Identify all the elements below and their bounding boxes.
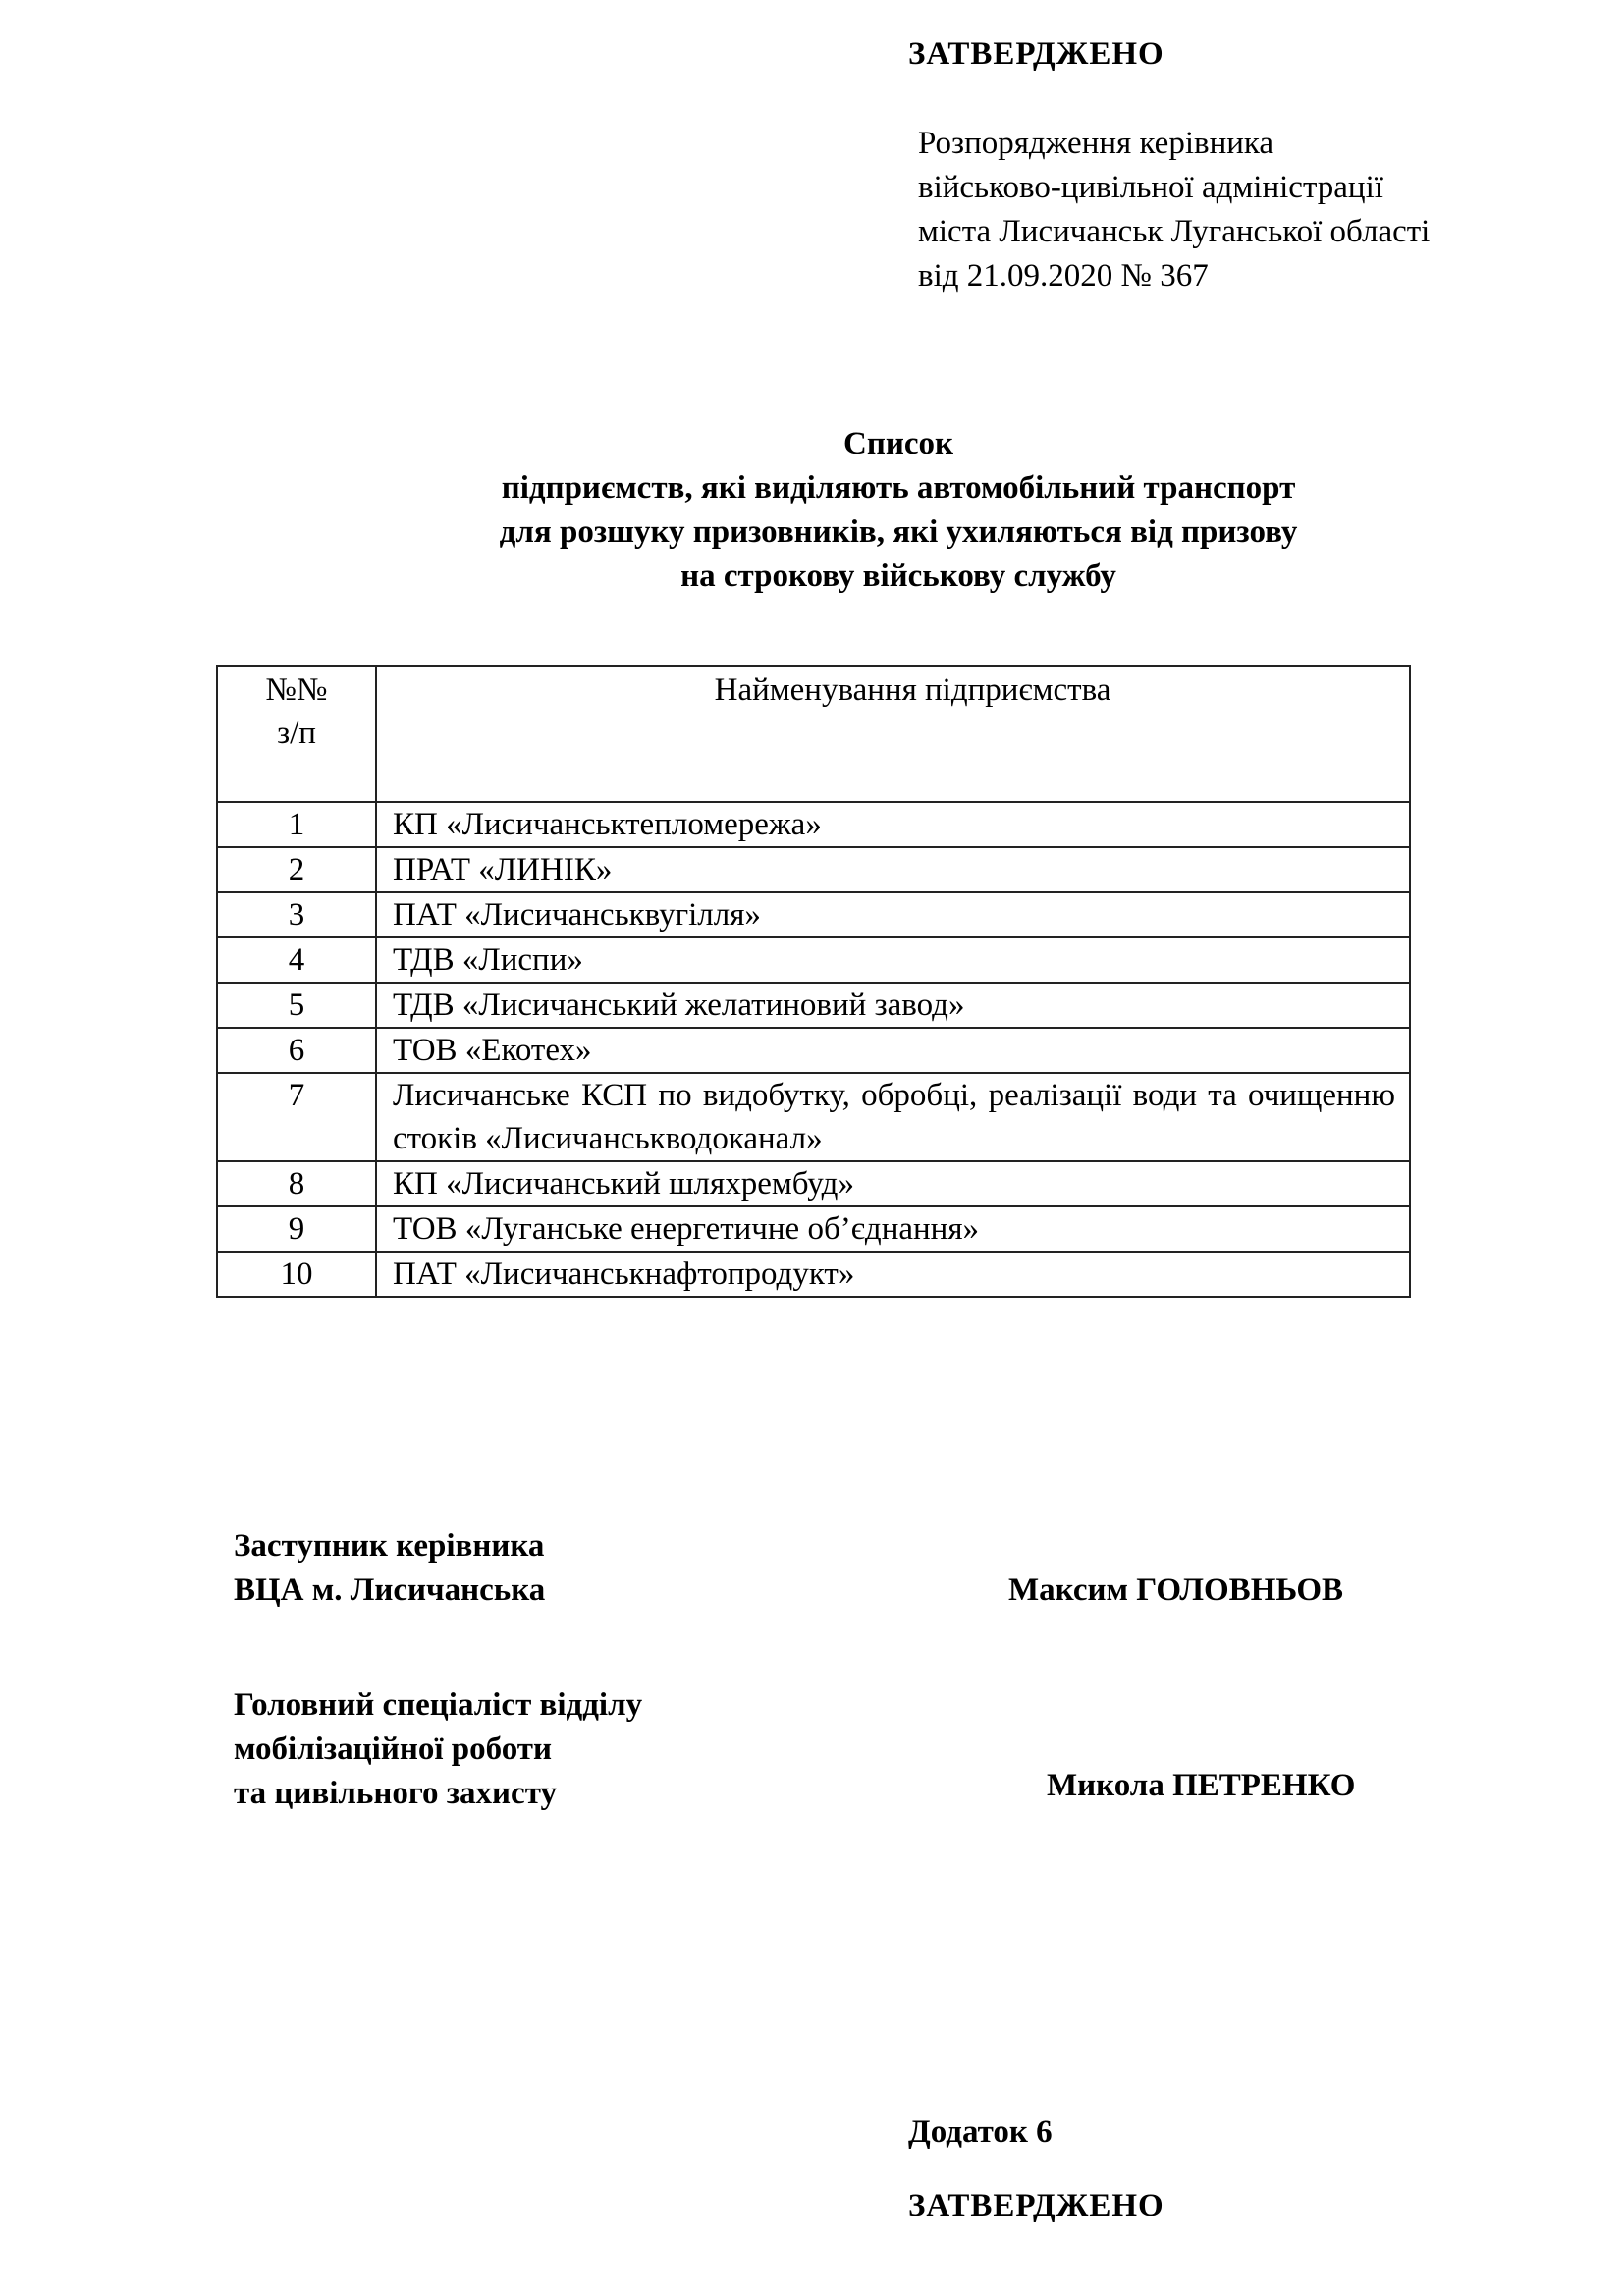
table-body: 1КП «Лисичанськтепломережа»2ПРАТ «ЛИНІК»… <box>217 802 1410 1297</box>
row-number: 1 <box>217 802 376 847</box>
table-header-row: №№ з/п Найменування підприємства <box>217 666 1410 802</box>
row-number: 7 <box>217 1073 376 1161</box>
signatory-position-line: та цивільного захисту <box>234 1772 642 1816</box>
row-number: 8 <box>217 1161 376 1206</box>
row-number: 6 <box>217 1028 376 1073</box>
table-row: 9ТОВ «Луганське енергетичне об’єднання» <box>217 1206 1410 1252</box>
enterprise-name: ПАТ «Лисичанськвугілля» <box>376 892 1410 937</box>
signatory-position-deputy-head: Заступник керівника ВЦА м. Лисичанська <box>234 1524 545 1613</box>
row-number: 9 <box>217 1206 376 1252</box>
document-title-line: підприємств, які виділяють автомобільний… <box>295 466 1502 510</box>
signatory-name-chief-specialist: Микола ПЕТРЕНКО <box>1047 1764 1355 1808</box>
table-row: 5ТДВ «Лисичанський желатиновий завод» <box>217 983 1410 1028</box>
table-row: 8КП «Лисичанський шляхрембуд» <box>217 1161 1410 1206</box>
column-header-name: Найменування підприємства <box>376 666 1410 802</box>
document-title-heading: Список <box>295 422 1502 466</box>
enterprise-name: КП «Лисичанськтепломережа» <box>376 802 1410 847</box>
column-header-number: №№ з/п <box>217 666 376 802</box>
approval-line: Розпорядження керівника <box>918 122 1430 166</box>
table-row: 1КП «Лисичанськтепломережа» <box>217 802 1410 847</box>
table-row: 10ПАТ «Лисичанськнафтопродукт» <box>217 1252 1410 1297</box>
document-title-line: на строкову військову службу <box>295 555 1502 599</box>
approval-line: міста Лисичанськ Луганської області <box>918 210 1430 254</box>
approval-stamp-title-next: ЗАТВЕРДЖЕНО <box>908 2184 1164 2227</box>
table-row: 6ТОВ «Екотех» <box>217 1028 1410 1073</box>
approval-date-number: від 21.09.2020 № 367 <box>918 254 1430 298</box>
enterprise-name: ТДВ «Лиспи» <box>376 937 1410 983</box>
approval-stamp-title: ЗАТВЕРДЖЕНО <box>908 32 1164 76</box>
document-title: Список підприємств, які виділяють автомо… <box>295 422 1502 599</box>
row-number: 5 <box>217 983 376 1028</box>
signatory-position-chief-specialist: Головний спеціаліст відділу мобілізаційн… <box>234 1683 642 1816</box>
table-row: 3ПАТ «Лисичанськвугілля» <box>217 892 1410 937</box>
table-row: 2ПРАТ «ЛИНІК» <box>217 847 1410 892</box>
column-header-number-line1: №№ <box>218 668 375 712</box>
enterprise-name: ТОВ «Луганське енергетичне об’єднання» <box>376 1206 1410 1252</box>
enterprise-name: ТДВ «Лисичанський желатиновий завод» <box>376 983 1410 1028</box>
approval-line: військово-цивільної адміністрації <box>918 166 1430 210</box>
signatory-name-deputy-head: Максим ГОЛОВНЬОВ <box>1008 1569 1343 1613</box>
row-number: 3 <box>217 892 376 937</box>
enterprise-name: КП «Лисичанський шляхрембуд» <box>376 1161 1410 1206</box>
enterprise-name: Лисичанське КСП по видобутку, обробці, р… <box>376 1073 1410 1161</box>
enterprises-table: №№ з/п Найменування підприємства 1КП «Ли… <box>216 665 1411 1298</box>
row-number: 2 <box>217 847 376 892</box>
signatory-position-line: мобілізаційної роботи <box>234 1728 642 1772</box>
table-row: 4ТДВ «Лиспи» <box>217 937 1410 983</box>
document-title-line: для розшуку призовників, які ухиляються … <box>295 510 1502 555</box>
approval-reference: Розпорядження керівника військово-цивіль… <box>918 122 1430 298</box>
signatory-position-line: Головний спеціаліст відділу <box>234 1683 642 1728</box>
column-header-number-line2: з/п <box>218 712 375 755</box>
enterprise-name: ПРАТ «ЛИНІК» <box>376 847 1410 892</box>
signatory-position-line: ВЦА м. Лисичанська <box>234 1569 545 1613</box>
appendix-label: Додаток 6 <box>908 2110 1053 2154</box>
table-row: 7Лисичанське КСП по видобутку, обробці, … <box>217 1073 1410 1161</box>
signatory-position-line: Заступник керівника <box>234 1524 545 1569</box>
enterprise-name: ТОВ «Екотех» <box>376 1028 1410 1073</box>
enterprise-name: ПАТ «Лисичанськнафтопродукт» <box>376 1252 1410 1297</box>
row-number: 10 <box>217 1252 376 1297</box>
row-number: 4 <box>217 937 376 983</box>
